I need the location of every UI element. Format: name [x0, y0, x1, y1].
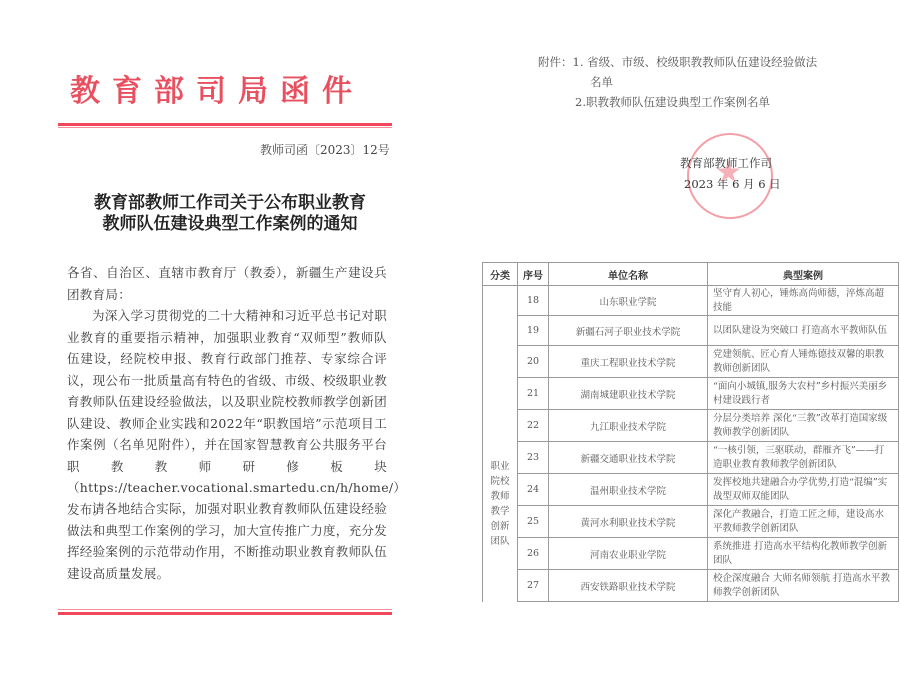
red-header-rule — [58, 123, 392, 129]
case-title: 发挥校地共建融合办学优势,打造“混编”实战型双师双能团队 — [708, 474, 899, 506]
unit-name: 重庆工程职业技术学院 — [549, 346, 708, 378]
row-number: 22 — [518, 410, 549, 442]
table-row: 26 河南农业职业学院 系统推进 打造高水平结构化教师教学创新团队 — [483, 538, 899, 570]
table-row: 27 西安铁路职业技术学院 校企深度融合 大师名师领航 打造高水平教师教学创新团… — [483, 570, 899, 602]
attachment-item-1-cont: 名单 — [538, 72, 858, 92]
category-cell: 职业 院校 教师 教学 创新 团队 — [483, 286, 518, 602]
case-title: 党建领航、匠心育人锤炼德技双馨的职教教师创新团队 — [708, 346, 899, 378]
attachments-label: 附件： — [538, 55, 573, 69]
body-paragraph-2: 请各地结合实际，加强对职业教育教师队伍建设经验做法和典型工作案例的学习，加大宣传… — [67, 498, 387, 584]
header-number: 序号 — [518, 263, 549, 286]
unit-name: 西安铁路职业技术学院 — [549, 570, 708, 602]
attachment-item-2: 2.职教教师队伍建设典型工作案例名单 — [538, 92, 858, 112]
row-number: 18 — [518, 286, 549, 316]
table-row: 23 新疆交通职业技术学院 “一核引领，三驱联动，群雁齐飞”——打造职业教育教师… — [483, 442, 899, 474]
addressee: 各省、自治区、直辖市教育厅（教委），新疆生产建设兵团教育局： — [67, 262, 387, 305]
unit-name: 山东职业学院 — [549, 286, 708, 316]
table-row: 21 湖南城建职业技术学院 “面向小城镇,服务大农村”乡村振兴美丽乡村建设践行者 — [483, 378, 899, 410]
row-number: 24 — [518, 474, 549, 506]
unit-name: 新疆交通职业技术学院 — [549, 442, 708, 474]
unit-name: 湖南城建职业技术学院 — [549, 378, 708, 410]
case-table: 分类 序号 单位名称 典型案例 职业 院校 教师 教学 创新 团队 18 山东职… — [482, 262, 899, 602]
table-row: 22 九江职业技术学院 分层分类培养 深化“三教”改革打造国家级教师教学创新团队 — [483, 410, 899, 442]
row-number: 23 — [518, 442, 549, 474]
table-row: 25 黄河水利职业技术学院 深化产教融合，打造工匠之师，建设高水平教师教学创新团… — [483, 506, 899, 538]
header-case: 典型案例 — [708, 263, 899, 286]
attachment-item-1: 附件：1. 省级、市级、校级职教教师队伍建设经验做法 — [538, 52, 858, 72]
case-title: 深化产教融合，打造工匠之师，建设高水平教师教学创新团队 — [708, 506, 899, 538]
red-footer-rule — [58, 609, 392, 615]
unit-name: 九江职业技术学院 — [549, 410, 708, 442]
row-number: 21 — [518, 378, 549, 410]
unit-name: 温州职业技术学院 — [549, 474, 708, 506]
table-row: 24 温州职业技术学院 发挥校地共建融合办学优势,打造“混编”实战型双师双能团队 — [483, 474, 899, 506]
row-number: 20 — [518, 346, 549, 378]
document-number: 教师司函〔2023〕12号 — [260, 141, 390, 158]
body-paragraph-1: 为深入学习贯彻党的二十大精神和习近平总书记对职业教育的重要指示精神，加强职业教育… — [67, 305, 387, 520]
row-number: 25 — [518, 506, 549, 538]
case-title: 坚守育人初心，锤炼高尚师德，淬炼高超技能 — [708, 286, 899, 316]
signer: 教育部教师工作司 — [680, 155, 772, 171]
unit-name: 新疆石河子职业技术学院 — [549, 316, 708, 346]
table-row: 19 新疆石河子职业技术学院 以团队建设为突破口 打造高水平教师队伍 — [483, 316, 899, 346]
attachments-list: 附件：1. 省级、市级、校级职教教师队伍建设经验做法 名单 2.职教教师队伍建设… — [538, 52, 858, 112]
case-title: “一核引领，三驱联动，群雁齐飞”——打造职业教育教师教学创新团队 — [708, 442, 899, 474]
case-title: “面向小城镇,服务大农村”乡村振兴美丽乡村建设践行者 — [708, 378, 899, 410]
sign-date: 2023 年 6 月 6 日 — [684, 176, 781, 192]
row-number: 27 — [518, 570, 549, 602]
title-line-2: 教师队伍建设典型工作案例的通知 — [60, 214, 400, 235]
unit-name: 河南农业职业学院 — [549, 538, 708, 570]
title-line-1: 教育部教师工作司关于公布职业教育 — [60, 193, 400, 214]
masthead-title: 教育部司局函件 — [70, 66, 410, 110]
case-title: 系统推进 打造高水平结构化教师教学创新团队 — [708, 538, 899, 570]
case-title: 以团队建设为突破口 打造高水平教师队伍 — [708, 316, 899, 346]
notice-page: 教育部司局函件 教师司函〔2023〕12号 教育部教师工作司关于公布职业教育 教… — [0, 0, 460, 689]
header-unit: 单位名称 — [549, 263, 708, 286]
table-row: 20 重庆工程职业技术学院 党建领航、匠心育人锤炼德技双馨的职教教师创新团队 — [483, 346, 899, 378]
header-category: 分类 — [483, 263, 518, 286]
row-number: 26 — [518, 538, 549, 570]
row-number: 19 — [518, 316, 549, 346]
case-title: 分层分类培养 深化“三教”改革打造国家级教师教学创新团队 — [708, 410, 899, 442]
table-row: 职业 院校 教师 教学 创新 团队 18 山东职业学院 坚守育人初心，锤炼高尚师… — [483, 286, 899, 316]
unit-name: 黄河水利职业技术学院 — [549, 506, 708, 538]
table-header-row: 分类 序号 单位名称 典型案例 — [483, 263, 899, 286]
document-title: 教育部教师工作司关于公布职业教育 教师队伍建设典型工作案例的通知 — [60, 193, 400, 235]
case-title: 校企深度融合 大师名师领航 打造高水平教师教学创新团队 — [708, 570, 899, 602]
